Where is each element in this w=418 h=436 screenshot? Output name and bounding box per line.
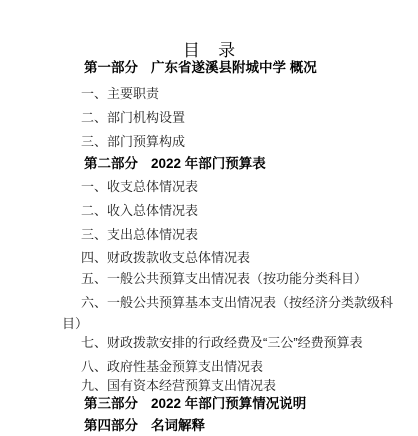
part-heading-3: 第三部分2022 年部门预算情况说明: [84, 395, 306, 412]
part-4-label: 第四部分: [84, 418, 138, 433]
part-3-label: 第三部分: [84, 396, 138, 411]
part-heading-2: 第二部分2022 年部门预算表: [84, 155, 266, 172]
part-heading-1: 第一部分广东省遂溪县附城中学 概况: [84, 59, 317, 76]
toc-item-1-3: 三、部门预算构成: [81, 133, 185, 150]
part-2-label: 第二部分: [84, 156, 138, 171]
toc-item-2-7: 七、财政拨款安排的行政经费及“三公”经费预算表: [81, 334, 363, 351]
toc-item-1-2: 二、部门机构设置: [81, 109, 185, 126]
toc-item-2-4: 四、财政拨款收支总体情况表: [81, 249, 250, 266]
toc-item-2-3: 三、支出总体情况表: [81, 226, 198, 243]
part-1-title: 广东省遂溪县附城中学 概况: [151, 60, 317, 75]
toc-item-1-1: 一、主要职责: [81, 85, 159, 102]
toc-item-2-1: 一、收支总体情况表: [81, 178, 198, 195]
toc-item-2-9: 九、国有资本经营预算支出情况表: [81, 377, 276, 394]
toc-page: 目 录 第一部分广东省遂溪县附城中学 概况 一、主要职责 二、部门机构设置 三、…: [0, 0, 418, 436]
toc-page-title: 目 录: [0, 36, 418, 61]
part-1-label: 第一部分: [84, 60, 138, 75]
toc-item-2-5: 五、一般公共预算支出情况表（按功能分类科目）: [81, 270, 367, 287]
part-heading-4: 第四部分名词解释: [84, 417, 205, 434]
toc-item-2-8: 八、政府性基金预算支出情况表: [81, 358, 263, 375]
toc-item-2-6: 六、一般公共预算基本支出情况表（按经济分类款级科目）: [62, 292, 407, 334]
part-4-title: 名词解释: [151, 418, 205, 433]
part-2-title: 2022 年部门预算表: [151, 156, 266, 171]
toc-item-2-2: 二、收入总体情况表: [81, 202, 198, 219]
part-3-title: 2022 年部门预算情况说明: [151, 396, 306, 411]
